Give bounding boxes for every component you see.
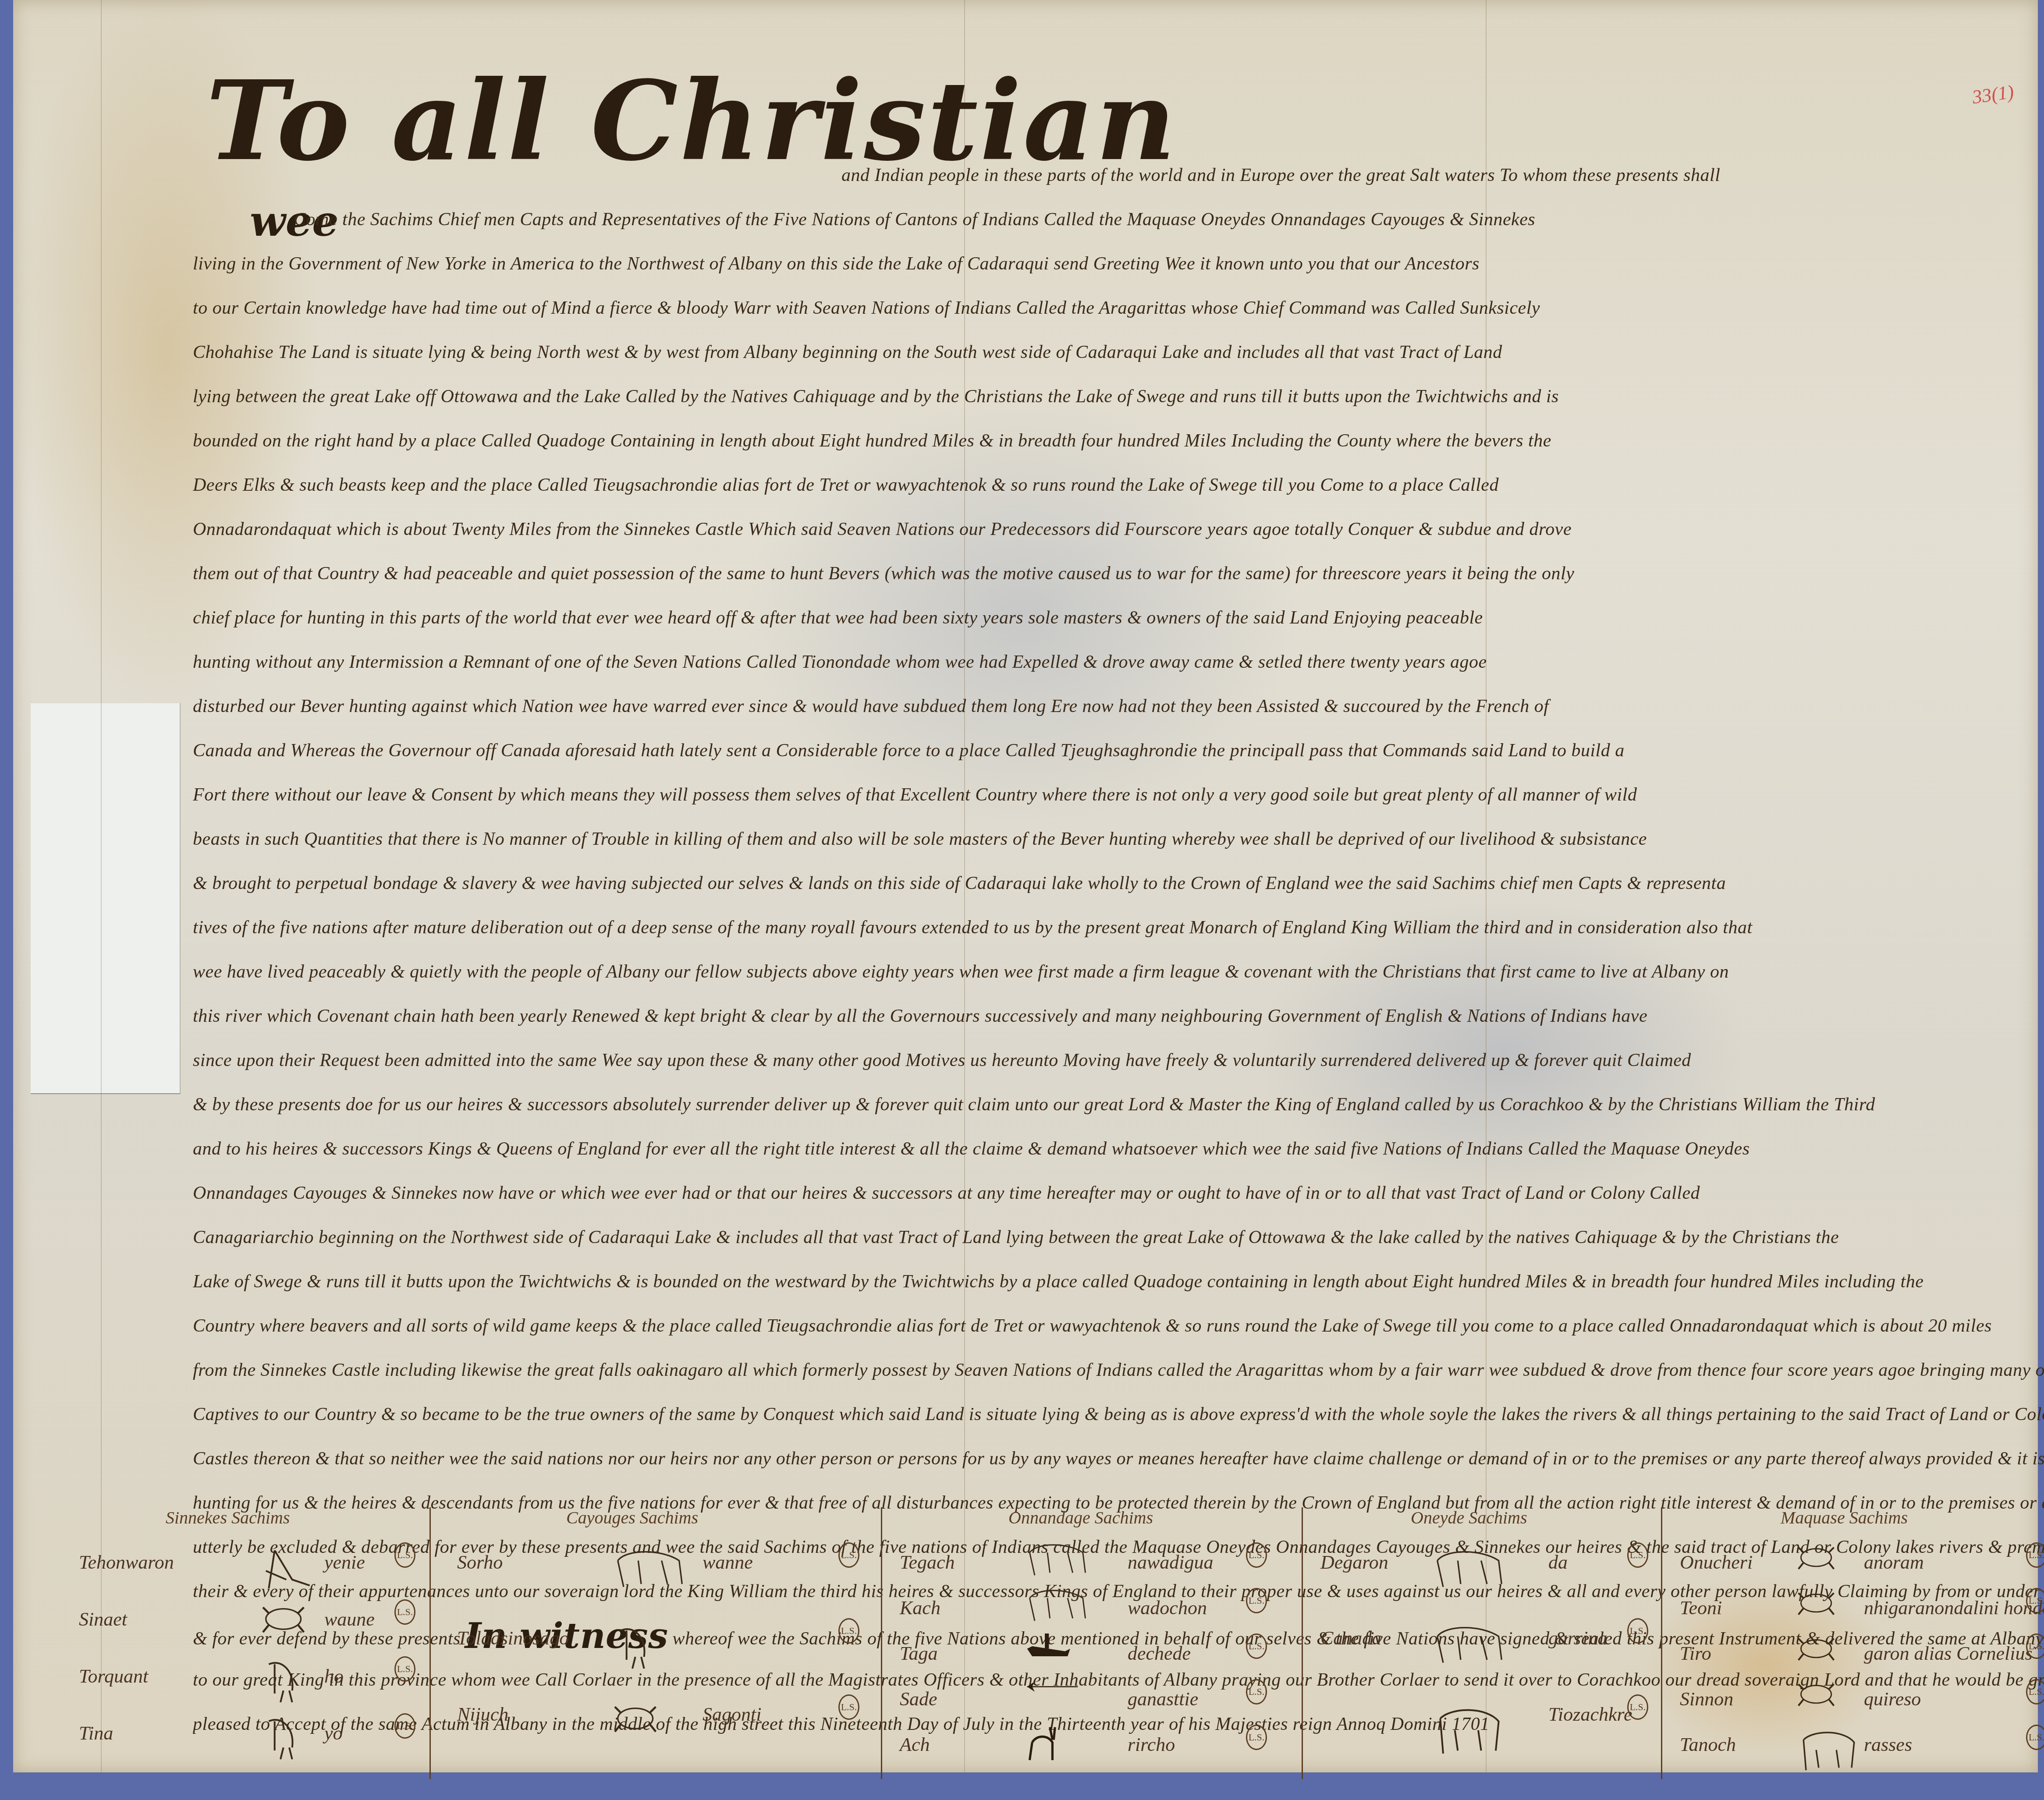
wax-seal-icon: L.S. bbox=[1246, 1679, 1267, 1704]
turtle-totem-icon bbox=[1794, 1542, 1864, 1590]
deed-line: Onnandages Cayouges & Sinnekes now have … bbox=[193, 1171, 2044, 1215]
signer-name-suffix: rasses bbox=[1864, 1733, 1912, 1756]
deed-line: since upon their Request been admitted i… bbox=[193, 1038, 2044, 1083]
signer-name: Sinaet bbox=[79, 1608, 127, 1630]
signer-name: Canada bbox=[1320, 1627, 1381, 1649]
deed-line: Country where beavers and all sorts of w… bbox=[193, 1304, 2044, 1348]
signature-block: Sinnekes SachimsTehonwaronyenieL.S.Sinae… bbox=[53, 1507, 2044, 1779]
wax-seal-icon: L.S. bbox=[838, 1618, 859, 1644]
wax-seal-icon: L.S. bbox=[1246, 1725, 1267, 1750]
signer-name-suffix: da bbox=[1548, 1551, 1568, 1573]
turtle-totem-icon bbox=[1794, 1633, 1864, 1681]
wax-seal-icon: L.S. bbox=[1246, 1633, 1267, 1659]
wax-seal-icon: L.S. bbox=[394, 1542, 415, 1568]
registry-mark: 33(1) bbox=[1971, 81, 2015, 109]
deed-line: wee have lived peaceably & quietly with … bbox=[193, 950, 2044, 994]
deed-line: Come the Sachims Chief men Capts and Rep… bbox=[193, 198, 2044, 242]
signer-name: Tehonwaron bbox=[79, 1551, 174, 1573]
signer-name: Degaron bbox=[1320, 1551, 1388, 1573]
bird-totem-icon bbox=[263, 1713, 333, 1772]
signer-name-suffix: garon alias Cornelius bbox=[1864, 1642, 2033, 1665]
turtle-totem-icon bbox=[1794, 1588, 1864, 1636]
signer-name-suffix: anoram bbox=[1864, 1551, 1924, 1573]
deed-line: from the Sinnekes Castle including likew… bbox=[193, 1348, 2044, 1393]
signer-name-suffix: Sagonti bbox=[703, 1703, 761, 1726]
wax-seal-icon: L.S. bbox=[1627, 1694, 1648, 1720]
signer-name: Sinnon bbox=[1680, 1688, 1733, 1710]
deed-line: Onnadarondaquat which is about Twenty Mi… bbox=[193, 507, 2044, 552]
nation-heading: Oneyde Sachims bbox=[1411, 1507, 1527, 1528]
deed-line: lying between the great Lake off Ottowaw… bbox=[193, 375, 2044, 419]
canoe-totem-icon bbox=[1022, 1633, 1093, 1681]
deed-line: and Indian people in these parts of the … bbox=[193, 153, 2044, 198]
nation-heading: Maquase Sachims bbox=[1781, 1507, 1908, 1528]
animal-totem-icon bbox=[1022, 1542, 1093, 1590]
animal-totem-icon bbox=[1434, 1618, 1505, 1686]
deed-line: beasts in such Quantities that there is … bbox=[193, 817, 2044, 861]
bear-totem-icon bbox=[1794, 1725, 1864, 1772]
deed-line: them out of that Country & had peaceable… bbox=[193, 552, 2044, 596]
turtle-totem-icon bbox=[1794, 1679, 1864, 1727]
wax-seal-icon: L.S. bbox=[838, 1542, 859, 1568]
signer-name-suffix: ganasttie bbox=[1128, 1688, 1198, 1710]
deed-line: and to his heires & successors Kings & Q… bbox=[193, 1127, 2044, 1171]
signer-name: Ach bbox=[900, 1733, 930, 1756]
deed-line: this river which Covenant chain hath bee… bbox=[193, 994, 2044, 1038]
signer-name-suffix: nawadigua bbox=[1128, 1551, 1214, 1573]
signer-name: Teoni bbox=[1680, 1597, 1722, 1619]
signature-column: Sinnekes SachimsTehonwaronyenieL.S.Sinae… bbox=[53, 1507, 429, 1779]
parchment-sheet: To all Christian wee 33(1) and Indian pe… bbox=[13, 0, 2038, 1772]
signer-name-suffix: dechede bbox=[1128, 1642, 1191, 1665]
wax-seal-icon: L.S. bbox=[2026, 1679, 2044, 1704]
signer-name: Tiro bbox=[1680, 1642, 1711, 1665]
deed-line: chief place for hunting in this parts of… bbox=[193, 596, 2044, 640]
wax-seal-icon: L.S. bbox=[2026, 1633, 2044, 1659]
deed-line: Deers Elks & such beasts keep and the pl… bbox=[193, 463, 2044, 507]
wax-seal-icon: L.S. bbox=[2026, 1542, 2044, 1568]
deed-line: living in the Government of New Yorke in… bbox=[193, 242, 2044, 286]
signer-name-suffix: rircho bbox=[1128, 1733, 1175, 1756]
signer-name: Tegach bbox=[900, 1551, 955, 1573]
repair-patch bbox=[31, 703, 181, 1094]
signer-name: Torquant bbox=[79, 1665, 148, 1687]
bird-totem-icon bbox=[263, 1656, 333, 1715]
turtle-totem-icon bbox=[263, 1599, 333, 1658]
signer-name: Sade bbox=[900, 1688, 937, 1710]
figure-totem-icon bbox=[263, 1542, 333, 1602]
signer-name: Taga bbox=[900, 1642, 937, 1665]
signer-name-suffix: nhigaranondalini honde bbox=[1864, 1597, 2044, 1619]
bear-totem-icon bbox=[1434, 1694, 1505, 1762]
signer-name-suffix: wanne bbox=[703, 1551, 753, 1573]
deed-line: bounded on the right hand by a place Cal… bbox=[193, 419, 2044, 463]
animal-totem-icon bbox=[1434, 1542, 1505, 1610]
deer-totem-icon bbox=[1022, 1725, 1093, 1772]
deed-line: & by these presents doe for us our heire… bbox=[193, 1083, 2044, 1127]
wax-seal-icon: L.S. bbox=[2026, 1588, 2044, 1613]
wax-seal-icon: L.S. bbox=[838, 1694, 859, 1720]
bird-totem-icon bbox=[615, 1618, 685, 1686]
wax-seal-icon: L.S. bbox=[1246, 1542, 1267, 1568]
signature-column: Onnandage SachimsTegachnawadiguaL.S.Kach… bbox=[881, 1507, 1303, 1779]
animal-totem-icon bbox=[1022, 1588, 1093, 1636]
deed-line: tives of the five nations after mature d… bbox=[193, 906, 2044, 950]
signer-name: Tina bbox=[79, 1722, 113, 1744]
wax-seal-icon: L.S. bbox=[1627, 1542, 1648, 1568]
turtle-totem-icon bbox=[615, 1694, 685, 1762]
signature-column: Maquase SachimsOnucherianoramL.S.Teoninh… bbox=[1661, 1507, 2044, 1779]
signer-name: Onucheri bbox=[1680, 1551, 1753, 1573]
signer-name: Nijuch bbox=[457, 1703, 508, 1726]
fold-line bbox=[101, 0, 102, 1772]
wax-seal-icon: L.S. bbox=[1246, 1588, 1267, 1613]
wax-seal-icon: L.S. bbox=[394, 1713, 415, 1739]
deed-line: Captives to our Country & so became to b… bbox=[193, 1393, 2044, 1437]
animal-totem-icon bbox=[615, 1542, 685, 1610]
wax-seal-icon: L.S. bbox=[394, 1599, 415, 1625]
signature-column: Oneyde SachimsDegarondaL.S.Canadagarrina… bbox=[1302, 1507, 1662, 1779]
deed-line: Canagariarchio beginning on the Northwes… bbox=[193, 1215, 2044, 1260]
deed-line: disturbed our Bever hunting against whic… bbox=[193, 684, 2044, 729]
deed-line: Castles thereon & that so neither wee th… bbox=[193, 1437, 2044, 1481]
deed-line: & brought to perpetual bondage & slavery… bbox=[193, 861, 2044, 906]
deed-line: hunting without any Intermission a Remna… bbox=[193, 640, 2044, 684]
signer-name-suffix: quireso bbox=[1864, 1688, 1921, 1710]
deed-line: Fort there without our leave & Consent b… bbox=[193, 773, 2044, 817]
signer-name-suffix: Tiozachkre bbox=[1548, 1703, 1632, 1726]
nation-heading: Onnandage Sachims bbox=[1008, 1507, 1153, 1528]
signer-name-suffix: garrina bbox=[1548, 1627, 1607, 1649]
nation-heading: Sinnekes Sachims bbox=[166, 1507, 290, 1528]
signer-name: Toladsinosago bbox=[457, 1627, 569, 1649]
arrow-totem-icon bbox=[1022, 1679, 1093, 1727]
wax-seal-icon: L.S. bbox=[394, 1656, 415, 1682]
wax-seal-icon: L.S. bbox=[2026, 1725, 2044, 1750]
deed-line: Canada and Whereas the Governour off Can… bbox=[193, 729, 2044, 773]
deed-line: Lake of Swege & runs till it butts upon … bbox=[193, 1260, 2044, 1304]
nation-heading: Cayouges Sachims bbox=[566, 1507, 698, 1528]
signature-column: Cayouges SachimsSorhowanneL.S.Toladsinos… bbox=[429, 1507, 882, 1779]
signer-name: Kach bbox=[900, 1597, 940, 1619]
signer-name: Sorho bbox=[457, 1551, 503, 1573]
wax-seal-icon: L.S. bbox=[1627, 1618, 1648, 1644]
deed-line: to our Certain knowledge have had time o… bbox=[193, 286, 2044, 330]
signer-name-suffix: wadochon bbox=[1128, 1597, 1207, 1619]
signer-name: Tanoch bbox=[1680, 1733, 1736, 1756]
deed-line: Chohahise The Land is situate lying & be… bbox=[193, 330, 2044, 375]
